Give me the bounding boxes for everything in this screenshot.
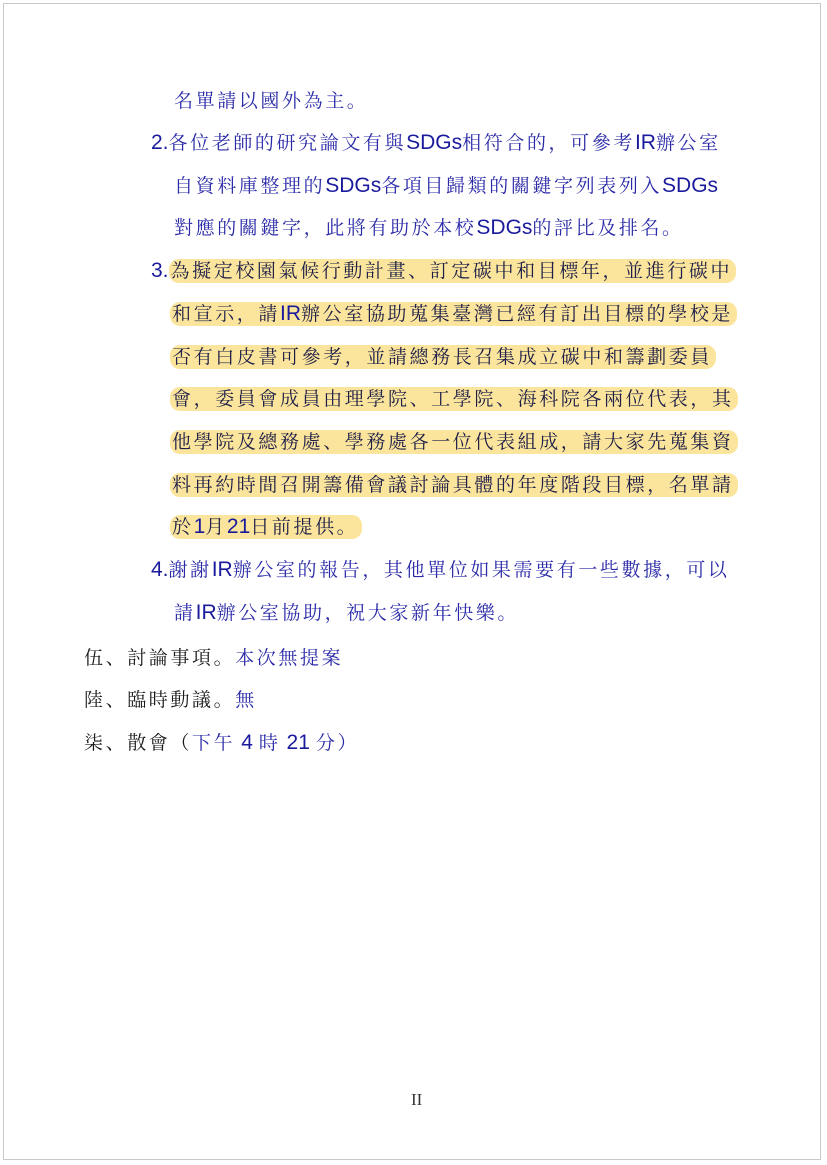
- document-page: 名單請以國外為主。 2.各位老師的研究論文有與SDGs相符合的，可參考IR辦公室…: [3, 3, 821, 1160]
- ir-term: IR: [212, 558, 233, 581]
- item2-text: 相符合的，可參考: [462, 132, 635, 154]
- item4-number: 4.: [151, 558, 169, 581]
- item3-line4: 會，委員會成員由理學院、工學院、海科院各兩位代表，其: [170, 384, 738, 414]
- adjourn-time-text: 分: [316, 732, 338, 754]
- section5-discussion: 伍、討論事項。本次無提案: [84, 643, 343, 673]
- section7-adjournment: 柒、散會（下午4時21分）: [84, 728, 359, 758]
- item2-line2: 自資料庫整理的SDGs各項目歸類的關鍵字列表列入SDGs: [174, 171, 718, 201]
- ir-term: IR: [635, 131, 656, 154]
- item4-text: 謝謝: [169, 559, 212, 581]
- item3-text: 於: [172, 516, 194, 538]
- section7-heading: 柒、散會（: [84, 732, 192, 754]
- ir-term: IR: [196, 601, 217, 624]
- item3-line1: 3.為擬定校園氣候行動計畫、訂定碳中和目標年，並進行碳中: [151, 256, 736, 286]
- highlighted-text: 於1月21日前提供。: [170, 515, 362, 539]
- item3-text: 辦公室協助蒐集臺灣已經有訂出目標的學校是: [301, 303, 733, 325]
- item2-line1: 2.各位老師的研究論文有與SDGs相符合的，可參考IR辦公室: [151, 128, 721, 158]
- item3-line7: 於1月21日前提供。: [170, 512, 362, 542]
- item4-text: 辦公室協助，祝大家新年快樂。: [217, 602, 519, 624]
- section6-content: 無: [235, 689, 257, 711]
- item4-text: 辦公室的報告，其他單位如果需要有一些數據，可以: [233, 559, 730, 581]
- item2-text: 各位老師的研究論文有與: [169, 132, 407, 154]
- adjourn-time-text: 下午: [192, 732, 235, 754]
- adjourn-minute: 21: [281, 731, 316, 754]
- sdgs-term: SDGs: [406, 131, 462, 154]
- highlighted-text: 為擬定校園氣候行動計畫、訂定碳中和目標年，並進行碳中: [169, 259, 737, 283]
- highlighted-text: 料再約時間召開籌備會議討論具體的年度階段目標，名單請: [170, 473, 738, 497]
- item2-text: 對應的關鍵字，此將有助於本校: [174, 217, 476, 239]
- sdgs-term: SDGs: [325, 174, 381, 197]
- item2-text: 自資料庫整理的: [174, 175, 325, 197]
- item4-line1: 4.謝謝IR辦公室的報告，其他單位如果需要有一些數據，可以: [151, 555, 730, 585]
- item3-number: 3.: [151, 259, 169, 282]
- item2-line3: 對應的關鍵字，此將有助於本校SDGs的評比及排名。: [174, 213, 684, 243]
- adjourn-hour: 4: [235, 731, 259, 754]
- item3-text: 日前提供。: [250, 516, 358, 538]
- highlighted-text: 否有白皮書可參考，並請總務長召集成立碳中和籌劃委員: [170, 345, 716, 369]
- item2-text: 辦公室: [656, 132, 721, 154]
- item2-text: 各項目歸類的關鍵字列表列入: [381, 175, 662, 197]
- section6-heading: 陸、臨時動議。: [84, 689, 235, 711]
- item2-text: 的評比及排名。: [532, 217, 683, 239]
- item1-tail-text: 名單請以國外為主。: [174, 90, 368, 112]
- item3-line6: 料再約時間召開籌備會議討論具體的年度階段目標，名單請: [170, 470, 738, 500]
- item3-line5: 他學院及總務處、學務處各一位代表組成，請大家先蒐集資: [170, 427, 738, 457]
- ir-term: IR: [280, 302, 301, 325]
- date-day: 21: [227, 515, 250, 538]
- item1-continuation: 名單請以國外為主。: [174, 86, 368, 116]
- highlighted-text: 和宣示，請IR辦公室協助蒐集臺灣已經有訂出目標的學校是: [170, 302, 737, 326]
- item3-text: 月: [205, 516, 227, 538]
- highlighted-text: 會，委員會成員由理學院、工學院、海科院各兩位代表，其: [170, 387, 738, 411]
- item4-line2: 請IR辦公室協助，祝大家新年快樂。: [174, 598, 519, 628]
- adjourn-time-text: 時: [259, 732, 281, 754]
- highlighted-text: 他學院及總務處、學務處各一位代表組成，請大家先蒐集資: [170, 430, 738, 454]
- item2-number: 2.: [151, 131, 169, 154]
- closing-paren: ）: [337, 732, 359, 754]
- sdgs-term: SDGs: [476, 216, 532, 239]
- date-month: 1: [194, 515, 206, 538]
- sdgs-term: SDGs: [662, 174, 718, 197]
- section5-content: 本次無提案: [235, 647, 343, 669]
- item3-line3: 否有白皮書可參考，並請總務長召集成立碳中和籌劃委員: [170, 342, 716, 372]
- section6-motions: 陸、臨時動議。無: [84, 685, 257, 715]
- section5-heading: 伍、討論事項。: [84, 647, 235, 669]
- item3-text: 和宣示，請: [172, 303, 280, 325]
- item3-line2: 和宣示，請IR辦公室協助蒐集臺灣已經有訂出目標的學校是: [170, 299, 737, 329]
- page-number: II: [411, 1090, 422, 1110]
- item4-text: 請: [174, 602, 196, 624]
